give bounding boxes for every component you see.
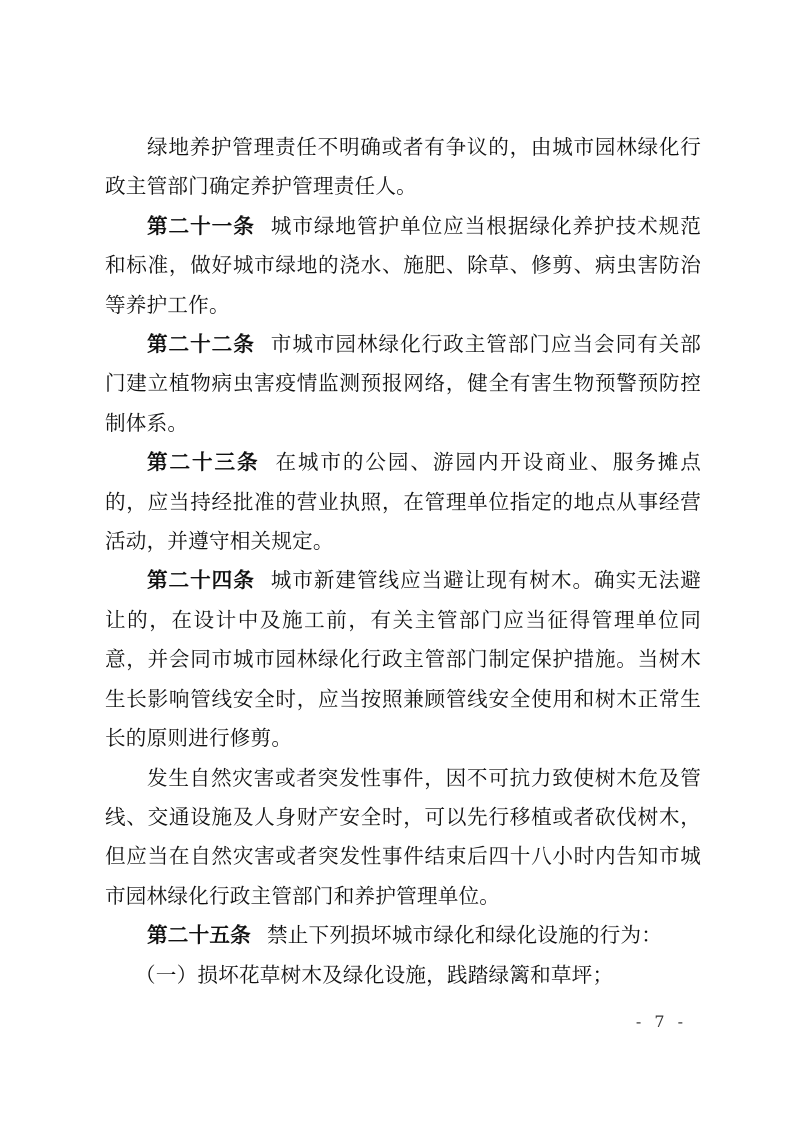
paragraph-disaster: 发生自然灾害或者突发性事件，因不可抗力致使树木危及管线、交通设施及人身财产安全时… (105, 759, 701, 917)
article-text: 城市新建管线应当避让现有树木。确实无法避让的，在设计中及施工前，有关主管部门应当… (105, 568, 701, 750)
article-24: 第二十四条城市新建管线应当避让现有树木。确实无法避让的，在设计中及施工前，有关主… (105, 561, 701, 758)
article-22: 第二十二条市城市园林绿化行政主管部门应当会同有关部门建立植物病虫害疫情监测预报网… (105, 325, 701, 443)
article-23: 第二十三条在城市的公园、游园内开设商业、服务摊点的，应当持经批准的营业执照，在管… (105, 443, 701, 561)
article-21: 第二十一条城市绿地管护单位应当根据绿化养护技术规范和标准，做好城市绿地的浇水、施… (105, 207, 701, 325)
page-number: - 7 - (636, 1012, 687, 1031)
paragraph-responsibility: 绿地养护管理责任不明确或者有争议的，由城市园林绿化行政主管部门确定养护管理责任人… (105, 128, 701, 207)
list-item-text: （一）损坏花草树木及绿化设施，践踏绿篱和草坪； (135, 963, 613, 987)
article-heading: 第二十一条 (147, 214, 255, 238)
article-heading: 第二十四条 (147, 568, 255, 592)
list-item-1: （一）损坏花草树木及绿化设施，践踏绿篱和草坪； (105, 956, 701, 995)
article-heading: 第二十三条 (147, 450, 259, 474)
article-25: 第二十五条禁止下列损坏城市绿化和绿化设施的行为： (105, 916, 701, 955)
article-text: 禁止下列损坏城市绿化和绿化设施的行为： (267, 923, 662, 947)
article-heading: 第二十二条 (147, 332, 255, 356)
article-heading: 第二十五条 (147, 923, 251, 947)
paragraph-text: 发生自然灾害或者突发性事件，因不可抗力致使树木危及管线、交通设施及人身财产安全时… (105, 766, 701, 908)
document-page: 绿地养护管理责任不明确或者有争议的，由城市园林绿化行政主管部门确定养护管理责任人… (105, 128, 701, 995)
paragraph-text: 绿地养护管理责任不明确或者有争议的，由城市园林绿化行政主管部门确定养护管理责任人… (105, 135, 701, 198)
